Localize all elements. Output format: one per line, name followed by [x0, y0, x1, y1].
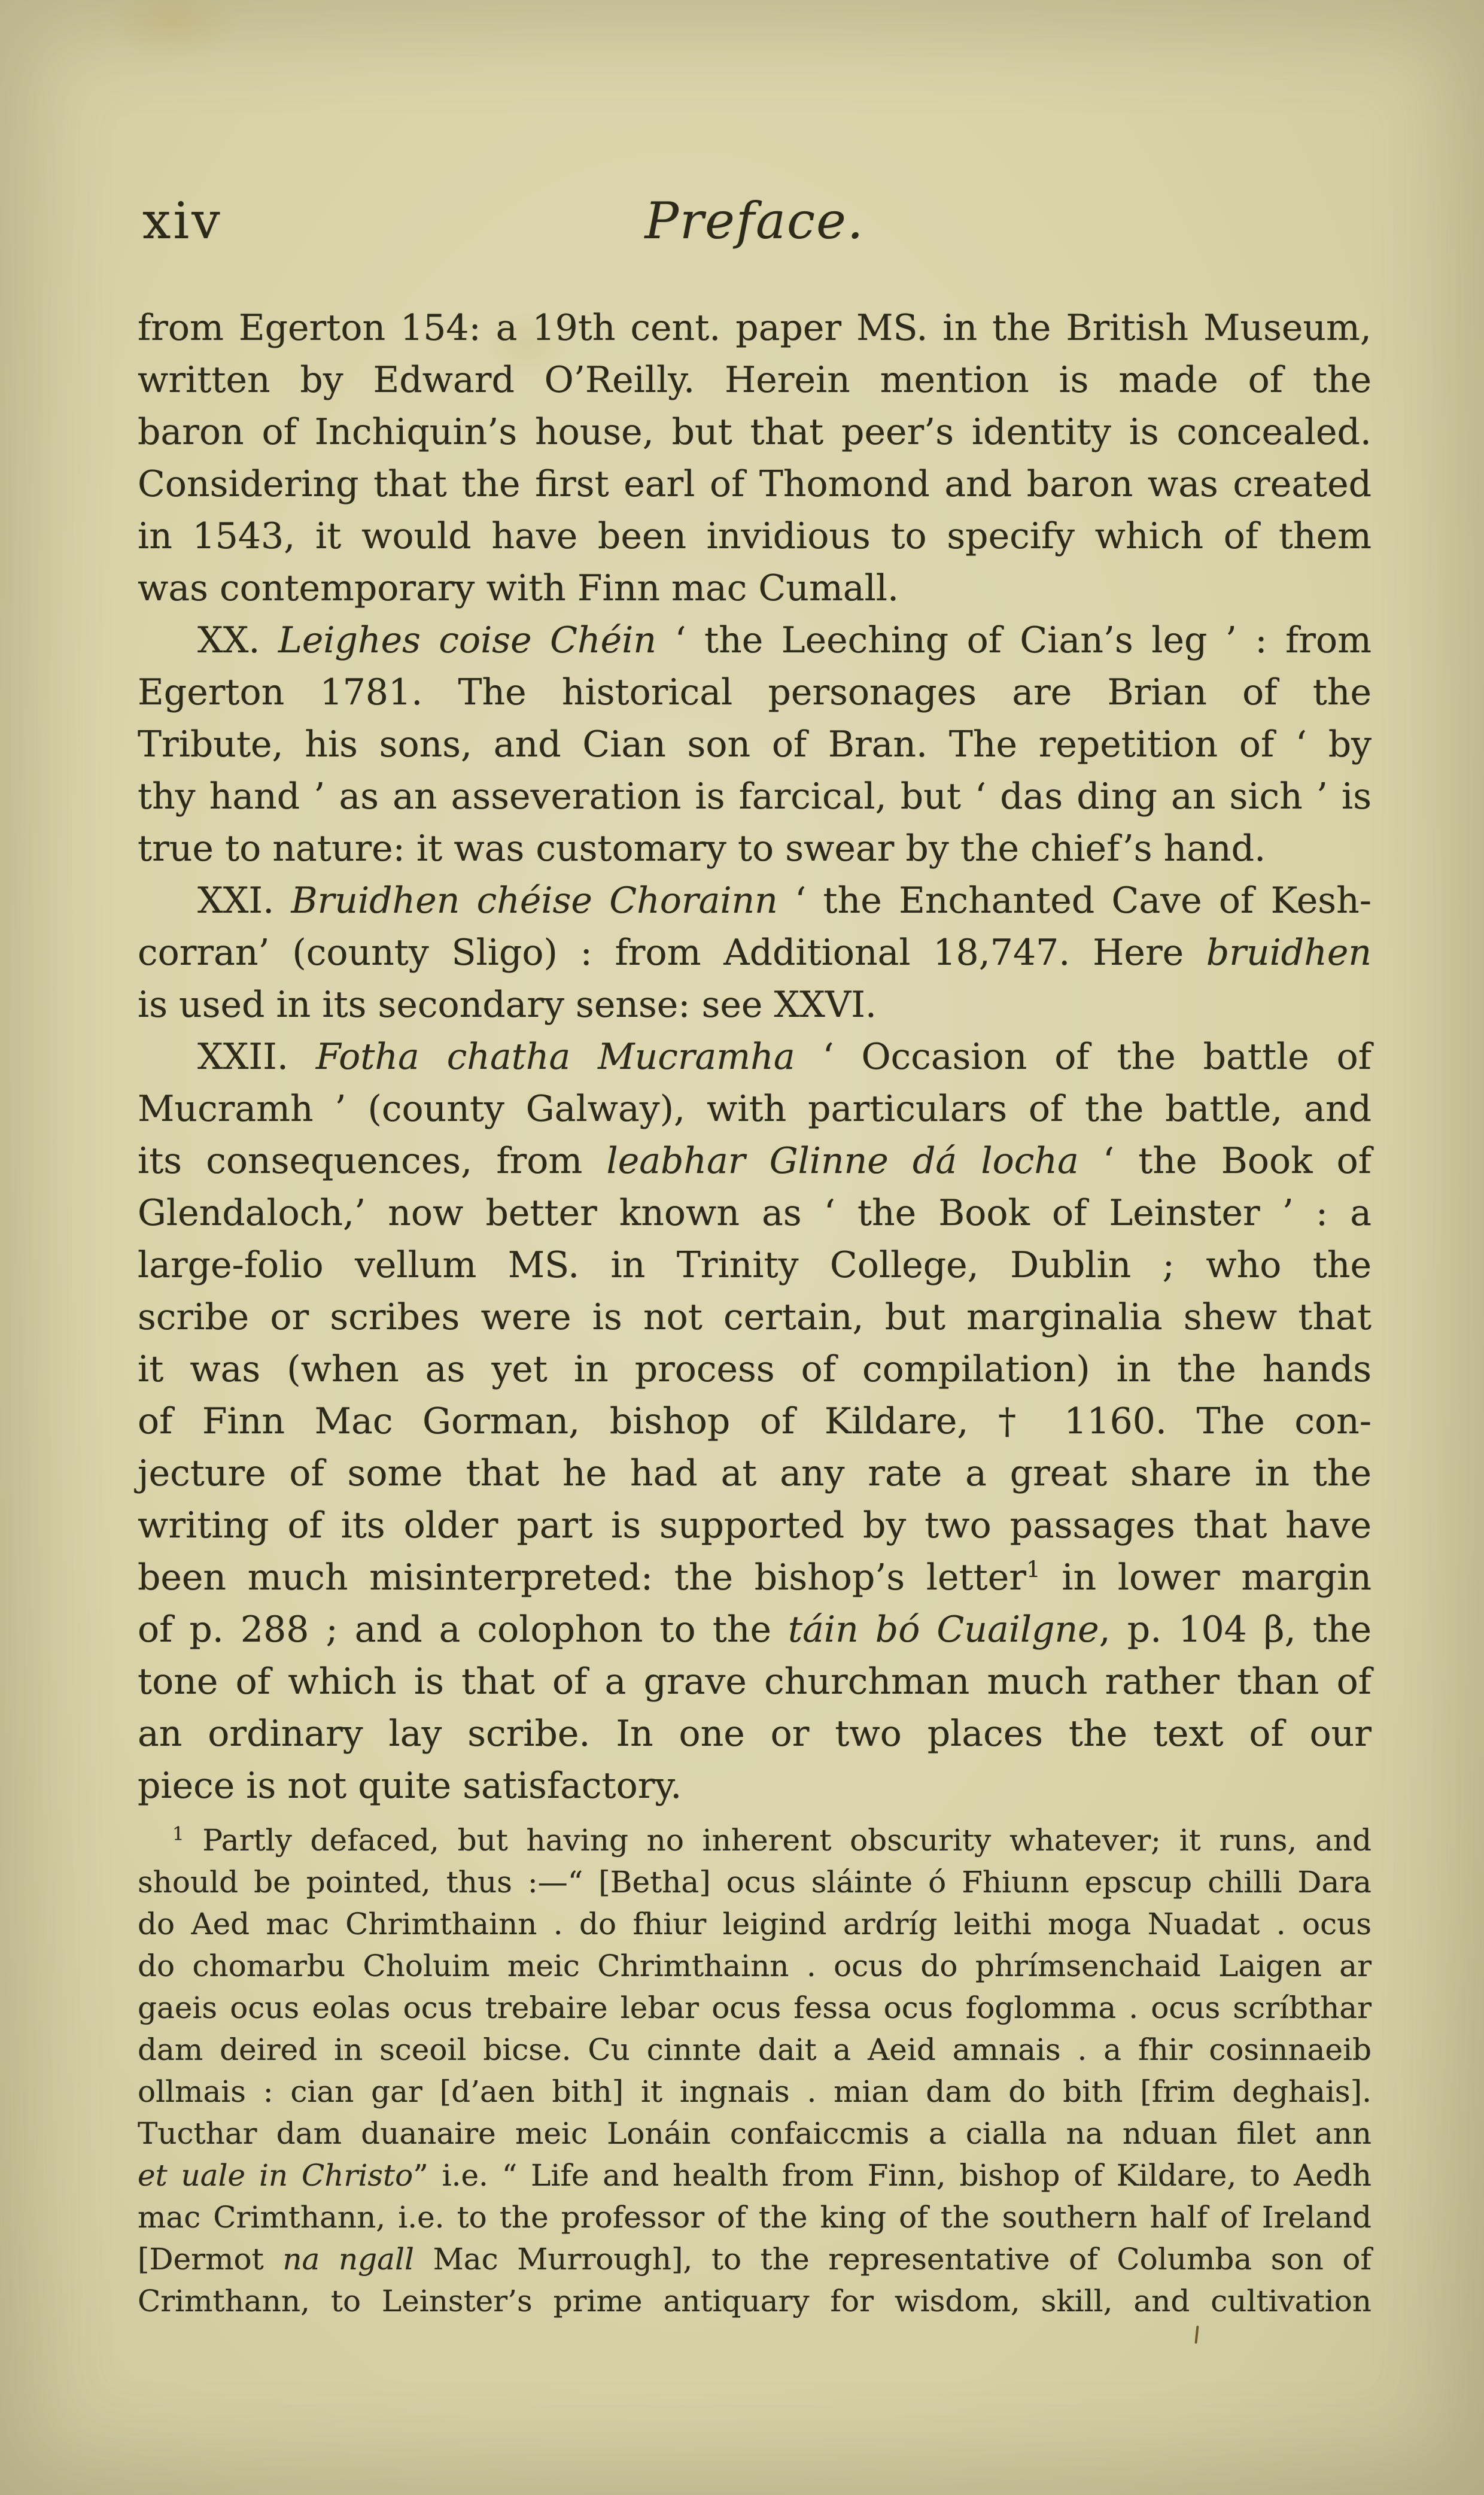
- italic-text-run: Fotha chatha Mucramha: [316, 1036, 795, 1078]
- text-line: of Finn Mac Gorman, bishop of Kildare, †…: [138, 1396, 1372, 1448]
- text-run: ‘ the Book of: [1079, 1140, 1372, 1182]
- text-run: XXII.: [197, 1036, 316, 1078]
- text-run: , p. 104 β, the: [1099, 1609, 1372, 1651]
- text-line: was contemporary with Finn mac Cumall.: [138, 563, 1372, 615]
- text-run: it was (when as yet in process of compil…: [138, 1348, 1372, 1390]
- italic-text-run: Bruidhen chéise Chorainn: [291, 880, 778, 922]
- superscript-marker: 1: [172, 1823, 184, 1844]
- text-line: written by Edward O’Reilly. Herein menti…: [138, 354, 1372, 406]
- footnote-line: Tucthar dam duanaire meic Lonáin confaic…: [138, 2113, 1372, 2154]
- text-run: Partly defaced, but having no inherent o…: [184, 1823, 1372, 1858]
- text-run: Egerton 1781. The historical personages …: [138, 671, 1372, 713]
- footnote-line: do Aed mac Chrimthainn . do fhiur leigin…: [138, 1903, 1372, 1945]
- text-run: piece is not quite satisfactory.: [138, 1765, 682, 1807]
- superscript-marker: 1: [1026, 1556, 1041, 1582]
- text-line: it was (when as yet in process of compil…: [138, 1344, 1372, 1396]
- text-line: corran’ (county Sligo) : from Additional…: [138, 927, 1372, 979]
- text-line: Mucramh ’ (county Galway), with particul…: [138, 1083, 1372, 1135]
- text-run: true to nature: it was customary to swea…: [138, 828, 1266, 870]
- text-line: thy hand ’ as an asseveration is farcica…: [138, 771, 1372, 823]
- text-line: Tribute, his sons, and Cian son of Bran.…: [138, 719, 1372, 771]
- text-line: XXII. Fotha chatha Mucramha ‘ Occasion o…: [138, 1031, 1372, 1083]
- text-line: its consequences, from leabhar Glinne dá…: [138, 1135, 1372, 1187]
- text-line: tone of which is that of a grave churchm…: [138, 1656, 1372, 1708]
- text-run: ‘ the Enchanted Cave of Kesh-: [778, 880, 1372, 922]
- text-run: ‘ the Leeching of Cian’s leg ’ : from: [656, 619, 1372, 661]
- text-run: do chomarbu Choluim meic Chrimthainn . o…: [138, 1949, 1372, 1983]
- text-run: large-folio vellum MS. in Trinity Colleg…: [138, 1244, 1372, 1286]
- text-run: was contemporary with Finn mac Cumall.: [138, 567, 899, 609]
- paper-stain: [108, 0, 239, 60]
- text-run: written by Edward O’Reilly. Herein menti…: [138, 359, 1372, 401]
- text-run: an ordinary lay scribe. In one or two pl…: [138, 1713, 1372, 1755]
- text-run: from Egerton 154: a 19th cent. paper MS.…: [138, 307, 1372, 349]
- text-line: writing of its older part is supported b…: [138, 1500, 1372, 1552]
- text-run: should be pointed, thus :—“ [Betha] ocus…: [138, 1865, 1372, 1900]
- text-run: in 1543, it would have been invidious to…: [138, 515, 1372, 557]
- text-run: thy hand ’ as an asseveration is farcica…: [138, 776, 1372, 818]
- italic-text-run: Leighes coise Chéin: [278, 619, 656, 661]
- text-line: of p. 288 ; and a colophon to the táin b…: [138, 1604, 1372, 1656]
- italic-text-run: leabhar Glinne dá locha: [607, 1140, 1079, 1182]
- text-run: ‘ Occasion of the battle of: [795, 1036, 1372, 1078]
- italic-text-run: et uale in Christo: [138, 2158, 413, 2193]
- text-run: ” i.e. “ Life and health from Finn, bish…: [413, 2158, 1372, 2193]
- ink-speck: [1194, 2326, 1199, 2344]
- text-line: jecture of some that he had at any rate …: [138, 1448, 1372, 1500]
- footnote-line: Crimthann, to Leinster’s prime antiquary…: [138, 2280, 1372, 2322]
- text-run: its consequences, from: [138, 1140, 607, 1182]
- text-run: tone of which is that of a grave churchm…: [138, 1661, 1372, 1703]
- text-line: is used in its secondary sense: see XXVI…: [138, 979, 1372, 1031]
- text-run: in lower margin: [1041, 1557, 1372, 1598]
- body-text: from Egerton 154: a 19th cent. paper MS.…: [138, 302, 1372, 1812]
- text-line: piece is not quite satisfactory.: [138, 1760, 1372, 1812]
- text-run: Mucramh ’ (county Galway), with particul…: [138, 1088, 1372, 1130]
- italic-text-run: na ngall: [282, 2242, 414, 2277]
- italic-text-run: táin bó Cuailgne: [788, 1609, 1099, 1651]
- footnote-line: 1 Partly defaced, but having no inherent…: [138, 1819, 1372, 1861]
- text-run: Glendaloch,’ now better known as ‘ the B…: [138, 1192, 1372, 1234]
- text-run: XX.: [197, 619, 278, 661]
- footnote-text: 1 Partly defaced, but having no inherent…: [138, 1819, 1372, 2322]
- text-run: Crimthann, to Leinster’s prime antiquary…: [138, 2284, 1372, 2318]
- text-line: scribe or scribes were is not certain, b…: [138, 1291, 1372, 1344]
- text-line: Glendaloch,’ now better known as ‘ the B…: [138, 1187, 1372, 1239]
- text-run: corran’ (county Sligo) : from Additional…: [138, 932, 1206, 974]
- text-run: dam deired in sceoil bicse. Cu cinnte da…: [138, 2032, 1372, 2067]
- italic-text-run: bruidhen: [1206, 932, 1372, 974]
- footnote-line: et uale in Christo” i.e. “ Life and heal…: [138, 2154, 1372, 2196]
- text-line: true to nature: it was customary to swea…: [138, 823, 1372, 875]
- text-line: baron of Inchiquin’s house, but that pee…: [138, 406, 1372, 458]
- text-line: XX. Leighes coise Chéin ‘ the Leeching o…: [138, 615, 1372, 667]
- text-run: ollmais : cian gar [d’aen bith] it ingna…: [138, 2074, 1372, 2109]
- book-page: xiv Preface. from Egerton 154: a 19th ce…: [0, 0, 1484, 2495]
- text-line: in 1543, it would have been invidious to…: [138, 510, 1372, 563]
- text-run: of Finn Mac Gorman, bishop of Kildare, †…: [138, 1400, 1372, 1442]
- page-title: Preface.: [138, 192, 1372, 250]
- text-run: jecture of some that he had at any rate …: [138, 1452, 1372, 1494]
- text-run: baron of Inchiquin’s house, but that pee…: [138, 411, 1372, 453]
- text-line: Egerton 1781. The historical personages …: [138, 667, 1372, 719]
- text-run: of p. 288 ; and a colophon to the: [138, 1609, 788, 1651]
- text-run: Tucthar dam duanaire meic Lonáin confaic…: [138, 2116, 1372, 2151]
- text-run: writing of its older part is supported b…: [138, 1505, 1372, 1546]
- text-run: XXI.: [197, 880, 291, 922]
- footnote-line: [Dermot na ngall Mac Murrough], to the r…: [138, 2238, 1372, 2280]
- text-run: mac Crimthann, i.e. to the professor of …: [138, 2200, 1372, 2235]
- text-run: Considering that the first earl of Thomo…: [138, 463, 1372, 505]
- page-header: xiv Preface.: [138, 184, 1372, 254]
- text-line: from Egerton 154: a 19th cent. paper MS.…: [138, 302, 1372, 354]
- text-line: been much misinterpreted: the bishop’s l…: [138, 1552, 1372, 1604]
- text-line: XXI. Bruidhen chéise Chorainn ‘ the Ench…: [138, 875, 1372, 927]
- text-run: [Dermot: [138, 2242, 282, 2277]
- text-run: Tribute, his sons, and Cian son of Bran.…: [138, 724, 1372, 765]
- footnote-line: mac Crimthann, i.e. to the professor of …: [138, 2196, 1372, 2238]
- text-run: gaeis ocus eolas ocus trebaire lebar ocu…: [138, 1990, 1372, 2025]
- text-line: large-folio vellum MS. in Trinity Colleg…: [138, 1239, 1372, 1291]
- footnote-line: do chomarbu Choluim meic Chrimthainn . o…: [138, 1945, 1372, 1987]
- text-run: Mac Murrough], to the representative of …: [414, 2242, 1372, 2277]
- text-run: do Aed mac Chrimthainn . do fhiur leigin…: [138, 1907, 1372, 1941]
- footnote-line: should be pointed, thus :—“ [Betha] ocus…: [138, 1861, 1372, 1903]
- footnote-line: ollmais : cian gar [d’aen bith] it ingna…: [138, 2071, 1372, 2113]
- text-line: an ordinary lay scribe. In one or two pl…: [138, 1708, 1372, 1760]
- text-run: scribe or scribes were is not certain, b…: [138, 1296, 1372, 1338]
- text-line: Considering that the first earl of Thomo…: [138, 458, 1372, 510]
- text-run: been much misinterpreted: the bishop’s l…: [138, 1557, 1026, 1598]
- text-run: is used in its secondary sense: see XXVI…: [138, 984, 877, 1026]
- footnote-line: dam deired in sceoil bicse. Cu cinnte da…: [138, 2029, 1372, 2071]
- footnote-line: gaeis ocus eolas ocus trebaire lebar ocu…: [138, 1987, 1372, 2029]
